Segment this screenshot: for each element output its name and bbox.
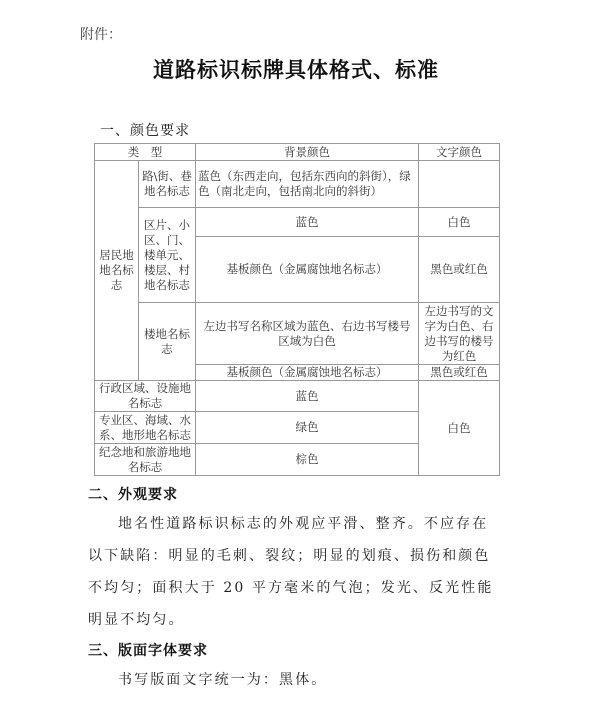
header-text-color: 文字颜色 (419, 144, 500, 161)
row-text-color: 黑色或红色 (419, 365, 500, 381)
section2-heading: 二、外观要求 (88, 484, 178, 504)
color-requirements-table: 类 型 背景颜色 文字颜色 居民地地名标志 路\街、巷地名标志 蓝色（东西走向，… (94, 143, 500, 476)
section3-heading: 三、版面字体要求 (88, 640, 208, 660)
row-text-color: 左边书写的文字为白色、右边书写的楼号为红色 (419, 303, 500, 365)
table-row: 楼地名标志 左边书写名称区域为蓝色、右边书写楼号区域为白色 左边书写的文字为白色… (95, 303, 500, 365)
row-background: 左边书写名称区域为蓝色、右边书写楼号区域为白色 (196, 303, 419, 365)
header-type: 类 型 (95, 144, 196, 161)
document-title: 道路标识标牌具体格式、标准 (0, 54, 592, 84)
header-background: 背景颜色 (196, 144, 419, 161)
group-residential: 居民地地名标志 (95, 161, 139, 381)
section1-heading: 一、颜色要求 (100, 120, 190, 140)
row-background: 蓝色 (196, 208, 419, 237)
row-text-color (419, 161, 500, 208)
table-header-row: 类 型 背景颜色 文字颜色 (95, 144, 500, 161)
row-type: 纪念地和旅游地地名标志 (95, 444, 196, 476)
section2-text: 地名性道路标识标志的外观应平滑、整齐。不应存在以下缺陷：明显的毛刺、裂纹；明显的… (88, 516, 493, 628)
row-background: 基板颜色（金属腐蚀地名标志） (196, 237, 419, 303)
attachment-label: 附件： (80, 24, 122, 44)
row-type: 专业区、海域、水系、地形地名标志 (95, 412, 196, 444)
row-type: 区片、小区、门、楼单元、楼层、村地名标志 (139, 208, 196, 303)
row-background: 绿色 (196, 412, 419, 444)
merged-text-color: 白色 (419, 381, 500, 476)
table-row: 行政区域、设施地名标志 蓝色 白色 (95, 381, 500, 412)
row-background: 基板颜色（金属腐蚀地名标志） (196, 365, 419, 381)
row-background: 棕色 (196, 444, 419, 476)
section2-body: 地名性道路标识标志的外观应平滑、整齐。不应存在以下缺陷：明显的毛刺、裂纹；明显的… (88, 508, 498, 636)
row-background: 蓝色（东西走向，包括东西向的斜街），绿色（南北走向，包括南北向的斜街） (196, 161, 419, 208)
row-type: 楼地名标志 (139, 303, 196, 381)
row-text-color: 黑色或红色 (419, 237, 500, 303)
row-text-color: 白色 (419, 208, 500, 237)
row-type: 路\街、巷地名标志 (139, 161, 196, 208)
section3-text: 书写版面文字统一为：黑体。 (118, 672, 327, 688)
table-row: 居民地地名标志 路\街、巷地名标志 蓝色（东西走向，包括东西向的斜街），绿色（南… (95, 161, 500, 208)
table-row: 区片、小区、门、楼单元、楼层、村地名标志 蓝色 白色 (95, 208, 500, 237)
row-type: 行政区域、设施地名标志 (95, 381, 196, 412)
row-background: 蓝色 (196, 381, 419, 412)
section3-body: 书写版面文字统一为：黑体。 (88, 664, 498, 696)
